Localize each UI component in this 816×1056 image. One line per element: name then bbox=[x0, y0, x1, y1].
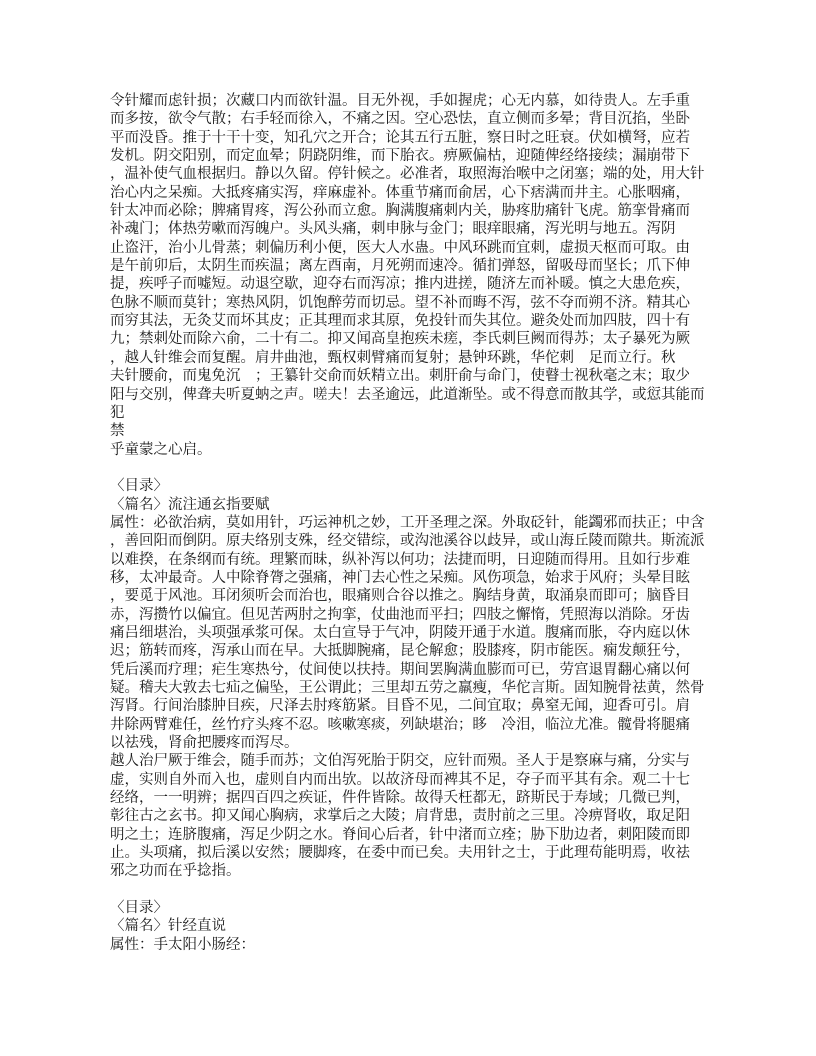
text-line: 色脉不顺而莫针；寒热风阴，饥饱醉劳而切忌。望不补而晦不泻，弦不夺而朔不济。精其心 bbox=[110, 294, 760, 312]
text-line: 九；禁刺处而除六俞，二十有二。抑又闻高皇抱疾未瘥，李氏刺巨阙而得苏；太子暴死为厥 bbox=[110, 330, 760, 348]
text-line: 泻肾。行间治膝肿目疾，尺泽去肘疼筋紧。目昏不见，二间宜取；鼻窒无闻，迎香可引。肩 bbox=[110, 697, 760, 715]
text-line: 止盗汗，治小儿骨蒸；刺偏历利小便，医大人水蛊。中风环跳而宜刺，虚损天枢而可取。由 bbox=[110, 239, 760, 257]
entry-body: 属性：手太阳小肠经： bbox=[110, 936, 760, 954]
entry-title: 〈篇名〉针经直说 bbox=[110, 917, 760, 935]
text-line: 止。头项痛，拟后溪以安然；腰脚疼，在委中而已矣。夫用针之士，于此理苟能明焉，收祛 bbox=[110, 844, 760, 862]
toc-marker: 〈目录〉 bbox=[110, 899, 760, 917]
text-line: 犯 bbox=[110, 404, 760, 422]
text-line: 针太冲而必除；脾痛胃疼，泻公孙而立愈。胸满腹痛刺内关，胁疼肋痛针飞虎。筋挛骨痛而 bbox=[110, 202, 760, 220]
entry-body: 属性：必欲治病，莫如用针，巧运神机之妙，工开圣理之深。外取砭针，能蠲邪而扶正；中… bbox=[110, 514, 760, 752]
text-line: 平而没昏。推于十干十变，知孔穴之开合；论其五行五脏，察日时之旺衰。伏如横弩，应若 bbox=[110, 129, 760, 147]
text-line: 而多按，欲令气散；右手轻而徐入，不痛之因。空心恐怯，直立侧而多晕；背目沉掐，坐卧 bbox=[110, 110, 760, 128]
text-line: 禁 bbox=[110, 422, 760, 440]
text-line: 令针耀而虑针损；次藏口内而欲针温。目无外视，手如握虎；心无内慕，如待贵人。左手重 bbox=[110, 92, 760, 110]
text-line: 属性：手太阳小肠经： bbox=[110, 936, 760, 954]
text-line: 是午前卯后，太阴生而疾温；离左酉南，月死朔而速冷。循扪弹怒，留吸母而坚长；爪下伸 bbox=[110, 257, 760, 275]
text-line: 以难揆，在条纲而有统。理繁而昧，纵补泻以何功；法捷而明，日迎随而得用。且如行步难 bbox=[110, 551, 760, 569]
text-line: 井除两臂难任，丝竹疗头疼不忍。咳嗽寒痰，列缺堪治；眵 冷泪，临泣尤准。髋骨将腿痛 bbox=[110, 716, 760, 734]
text-line: 移，太冲最奇。人中除脊膂之强痛，神门去心性之呆痴。风伤项急，始求于风府；头晕目眩 bbox=[110, 569, 760, 587]
text-line: 邪之功而在乎捻指。 bbox=[110, 862, 760, 880]
text-line: 乎童蒙之心启。 bbox=[110, 441, 760, 459]
text-line: 补魂门；体热劳嗽而泻魄户。头风头痛，刺申脉与金门；眼痒眼痛，泻光明与地五。泻阴 bbox=[110, 220, 760, 238]
entry-zhenjing-zhishuo: 〈目录〉 〈篇名〉针经直说 属性：手太阳小肠经： bbox=[110, 899, 760, 954]
text-line: 明之土；连脐腹痛，泻足少阴之水。脊间心后者，针中渚而立痊；胁下肋边者，刺阳陵而即 bbox=[110, 826, 760, 844]
text-line: 越人治尸厥于维会，随手而苏；文伯泻死胎于阴交，应针而殒。圣人于是察麻与痛，分实与 bbox=[110, 752, 760, 770]
text-line: 赤，泻攒竹以偏宜。但见苦两肘之拘挛，仗曲池而平扫；四肢之懈惰，凭照海以消除。牙齿 bbox=[110, 606, 760, 624]
text-line: 发机。阴交阳别，而定血晕；阴跷阴维，而下胎衣。痹厥偏枯，迎随俾经络接续；漏崩带下 bbox=[110, 147, 760, 165]
text-line: 夫针腰俞，而鬼免沉 ；王纂针交俞而妖精立出。刺肝俞与命门，使瞽士视秋毫之末；取少 bbox=[110, 367, 760, 385]
text-line: ，温补使气血根据归。静以久留。停针候之。必准者，取照海治喉中之闭塞；端的处，用大… bbox=[110, 165, 760, 183]
text-line: 以祛残，肾俞把腰疼而泻尽。 bbox=[110, 734, 760, 752]
text-line: 疑。稽夫大敦去七疝之偏坠，王公谓此；三里却五劳之羸瘦，华佗言斯。固知腕骨祛黄，然… bbox=[110, 679, 760, 697]
document-page: 令针耀而虑针损；次藏口内而欲针温。目无外视，手如握虎；心无内慕，如待贵人。左手重… bbox=[110, 92, 760, 954]
text-line: ，要觅于风池。耳闭须听会而治也，眼痛则合谷以推之。胸结身黄，取涌泉而即可；脑昏目 bbox=[110, 587, 760, 605]
text-line: 凭后溪而疗理；疟生寒热兮，仗间使以扶持。期间罢胸满血膨而可已，劳宫退胃翻心痛以何 bbox=[110, 661, 760, 679]
paragraph-yueren: 越人治尸厥于维会，随手而苏；文伯泻死胎于阴交，应针而殒。圣人于是察麻与痛，分实与… bbox=[110, 752, 760, 880]
text-line: ，越人针维会而复醒。肩井曲池，甄权刺臂痛而复射；悬钟环跳，华佗刺 足而立行。秋 bbox=[110, 349, 760, 367]
text-line: 虚，实则自外而入也，虚则自内而出欤。以故济母而裨其不足，夺子而平其有余。观二十七 bbox=[110, 771, 760, 789]
text-line: ，善回阳而倒阴。原夫络别支殊，经交错综，或沟池溪谷以歧异，或山海丘陵而隙共。斯流… bbox=[110, 532, 760, 550]
text-line: 经络，一一明辨；据四百四之疾证，件件皆除。故得夭枉都无，跻斯民于寿域；几微已判， bbox=[110, 789, 760, 807]
text-line: 属性：必欲治病，莫如用针，巧运神机之妙，工开圣理之深。外取砭针，能蠲邪而扶正；中… bbox=[110, 514, 760, 532]
text-line: 阳与交别，俾聋夫听夏蚋之声。嗟夫！去圣逾远，此道渐坠。或不得意而散其学，或愆其能… bbox=[110, 386, 760, 404]
text-line: 迟；筋转而疼，泻承山而在早。大抵脚腕痛，昆仑解愈；股膝疼，阴市能医。痫发颠狂兮， bbox=[110, 642, 760, 660]
paragraph-needle-method: 令针耀而虑针损；次藏口内而欲针温。目无外视，手如握虎；心无内慕，如待贵人。左手重… bbox=[110, 92, 760, 459]
entry-title: 〈篇名〉流注通玄指要赋 bbox=[110, 496, 760, 514]
text-line: 治心内之呆痴。大抵疼痛实泻，痒麻虚补。体重节痛而俞居，心下痞满而井主。心胀咽痛， bbox=[110, 184, 760, 202]
entry-liuzhu-tongxuan-fu: 〈目录〉 〈篇名〉流注通玄指要赋 属性：必欲治病，莫如用针，巧运神机之妙，工开圣… bbox=[110, 477, 760, 752]
text-line: 彰往古之玄书。抑又闻心胸病，求掌后之大陵；肩背患，责肘前之三里。冷痹肾收，取足阳 bbox=[110, 807, 760, 825]
text-line: 提，疾呼子而嘘短。动退空歇，迎夺右而泻凉；推内进搓，随济左而补暖。慎之大患危疾， bbox=[110, 275, 760, 293]
text-line: 痛吕细堪治，头项强承浆可保。太白宣导于气冲，阴陵开通于水道。腹痛而胀，夺内庭以休 bbox=[110, 624, 760, 642]
toc-marker: 〈目录〉 bbox=[110, 477, 760, 495]
text-line: 而穷其法，无灸艾而坏其皮；正其理而求其原，免投针而失其位。避灸处而加四肢，四十有 bbox=[110, 312, 760, 330]
